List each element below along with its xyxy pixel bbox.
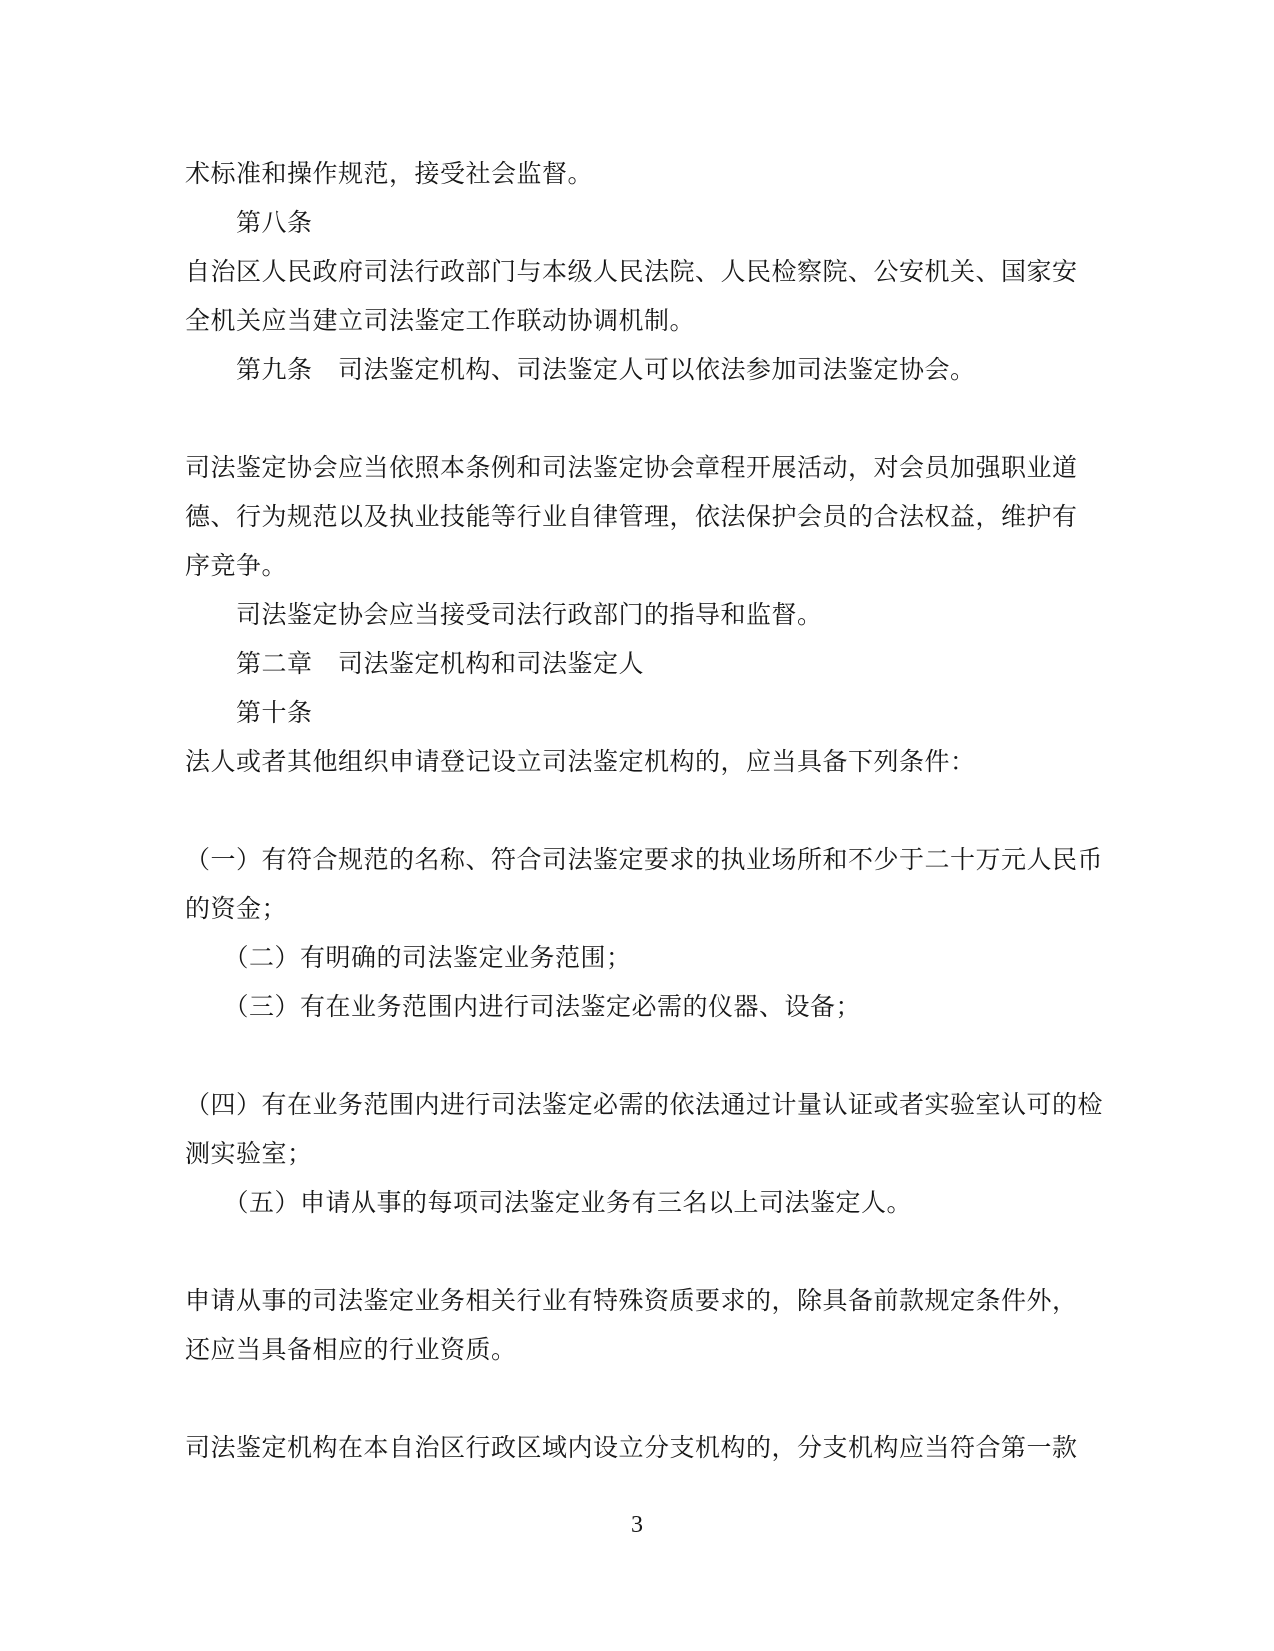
text-line: 全机关应当建立司法鉴定工作联动协调机制。 <box>185 297 1090 346</box>
text-line: 司法鉴定协会应当接受司法行政部门的指导和监督。 <box>185 591 1090 640</box>
text-line: （五）申请从事的每项司法鉴定业务有三名以上司法鉴定人。 <box>185 1179 1090 1228</box>
text-line: （一）有符合规范的名称、符合司法鉴定要求的执业场所和不少于二十万元人民币 <box>185 836 1090 885</box>
text-line: 的资金； <box>185 885 1090 934</box>
text-line: 德、行为规范以及执业技能等行业自律管理，依法保护会员的合法权益，维护有 <box>185 493 1090 542</box>
text-line: 测实验室； <box>185 1130 1090 1179</box>
text-line: 第八条 <box>185 199 1090 248</box>
text-line: 第九条 司法鉴定机构、司法鉴定人可以依法参加司法鉴定协会。 <box>185 346 1090 395</box>
text-line: 自治区人民政府司法行政部门与本级人民法院、人民检察院、公安机关、国家安 <box>185 248 1090 297</box>
text-line: 司法鉴定协会应当依照本条例和司法鉴定协会章程开展活动，对会员加强职业道 <box>185 444 1090 493</box>
text-line: 序竞争。 <box>185 542 1090 591</box>
page-number: 3 <box>0 1510 1274 1540</box>
text-line: 申请从事的司法鉴定业务相关行业有特殊资质要求的，除具备前款规定条件外， <box>185 1277 1090 1326</box>
text-line: 法人或者其他组织申请登记设立司法鉴定机构的，应当具备下列条件： <box>185 738 1090 787</box>
text-line: 司法鉴定机构在本自治区行政区域内设立分支机构的，分支机构应当符合第一款 <box>185 1424 1090 1473</box>
text-line: （三）有在业务范围内进行司法鉴定必需的仪器、设备； <box>185 983 1090 1032</box>
blank-line <box>185 395 1090 444</box>
chapter-heading-line: 第二章 司法鉴定机构和司法鉴定人 <box>185 640 1090 689</box>
blank-line <box>185 787 1090 836</box>
document-body-text: 术标准和操作规范，接受社会监督。 第八条 自治区人民政府司法行政部门与本级人民法… <box>185 150 1090 1473</box>
blank-line <box>185 1375 1090 1424</box>
text-line: （四）有在业务范围内进行司法鉴定必需的依法通过计量认证或者实验室认可的检 <box>185 1081 1090 1130</box>
document-page: 术标准和操作规范，接受社会监督。 第八条 自治区人民政府司法行政部门与本级人民法… <box>0 0 1274 1651</box>
blank-line <box>185 1032 1090 1081</box>
text-line: （二）有明确的司法鉴定业务范围； <box>185 934 1090 983</box>
text-line: 术标准和操作规范，接受社会监督。 <box>185 150 1090 199</box>
text-line: 还应当具备相应的行业资质。 <box>185 1326 1090 1375</box>
blank-line <box>185 1228 1090 1277</box>
text-line: 第十条 <box>185 689 1090 738</box>
